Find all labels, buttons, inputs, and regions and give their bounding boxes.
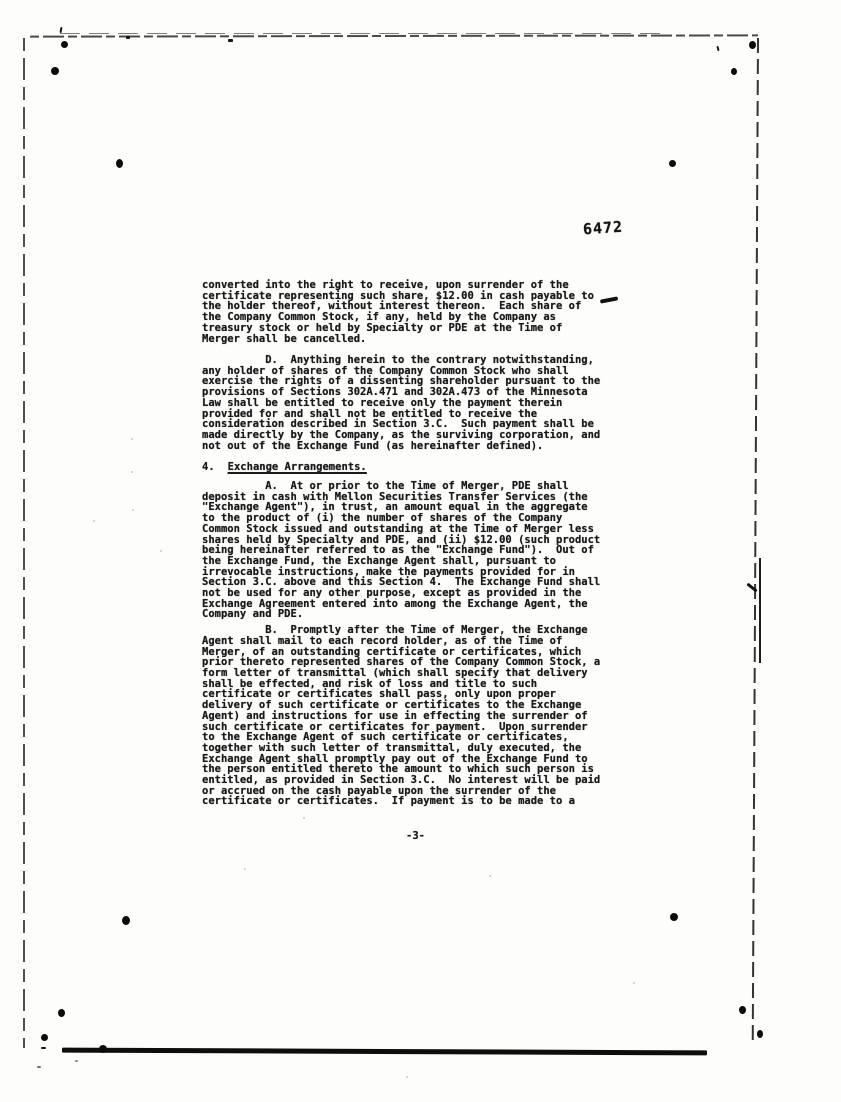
scan-speck xyxy=(633,982,635,984)
paragraph-intro: converted into the right to receive, upo… xyxy=(202,280,632,344)
scan-dot xyxy=(731,68,737,75)
scan-border-top-line xyxy=(30,34,758,37)
scan-dot xyxy=(99,1045,107,1053)
scan-border-top-line-faint xyxy=(60,33,660,34)
document-body: converted into the right to receive, upo… xyxy=(202,280,632,842)
scan-tick xyxy=(41,1047,46,1049)
section-4-heading: 4.Exchange Arrangements. xyxy=(202,462,632,473)
scan-dot xyxy=(749,41,756,49)
scan-speck xyxy=(131,471,133,473)
stamp-number: 6472 xyxy=(582,218,623,239)
scan-border-bottom-bar xyxy=(62,1048,707,1056)
paragraph-a: A. At or prior to the Time of Merger, PD… xyxy=(202,481,632,620)
scanned-document-page: 6472 converted into the right to receive… xyxy=(0,0,841,1102)
section-4-number: 4. xyxy=(202,461,215,473)
scan-dot xyxy=(41,1034,48,1041)
scan-dot xyxy=(669,160,676,167)
scan-dot xyxy=(58,1009,65,1017)
scan-dot xyxy=(739,1006,746,1014)
scan-dot xyxy=(51,67,59,75)
scan-tick xyxy=(228,39,233,42)
scan-dot xyxy=(757,1030,763,1038)
scan-speck xyxy=(93,520,95,522)
scan-speck xyxy=(131,438,133,440)
paragraph-d: D. Anything herein to the contrary notwi… xyxy=(202,355,632,451)
scan-tick xyxy=(716,46,719,51)
scan-dot xyxy=(61,41,68,48)
scan-speck xyxy=(406,1076,408,1078)
scan-speck xyxy=(160,550,162,552)
page-number: -3- xyxy=(202,831,632,842)
scan-speck xyxy=(489,875,491,877)
scan-dot xyxy=(122,916,130,925)
scan-border-right-line-solid xyxy=(759,558,761,663)
scan-speck xyxy=(132,509,134,511)
paragraph-b: B. Promptly after the Time of Merger, th… xyxy=(202,625,632,807)
scan-tick xyxy=(126,36,130,39)
scan-border-left-line xyxy=(23,38,25,1048)
scan-tick xyxy=(37,1066,41,1068)
scan-border-right-line xyxy=(752,38,759,1046)
scan-speck xyxy=(244,868,246,870)
section-4-title: Exchange Arrangements. xyxy=(228,461,367,473)
scan-dot xyxy=(670,913,678,921)
scan-tick xyxy=(75,1060,78,1062)
scan-dot xyxy=(116,159,123,168)
